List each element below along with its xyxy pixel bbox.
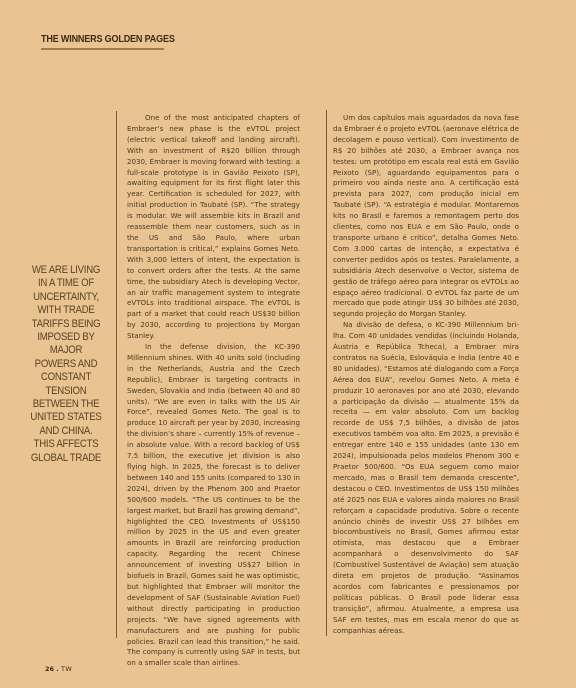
section-header: THE WINNERS GOLDEN PAGES	[41, 33, 196, 50]
page-number: 26	[45, 665, 54, 673]
publication-brand: TW	[61, 665, 72, 673]
article-paragraph: Um dos capítulos mais aguardados da nova…	[333, 113, 519, 320]
article-paragraph: In the defense division, the KC-390 Mill…	[127, 342, 300, 669]
article-column-portuguese: Um dos capítulos mais aguardados da nova…	[333, 113, 519, 637]
article-column-english: One of the most anticipated chapters of …	[127, 113, 300, 669]
pull-quote-text: WE ARE LIVING IN A TIME OF UNCERTAINTY, …	[28, 264, 104, 465]
page-footer: 26 . TW	[45, 665, 72, 673]
column-divider-left	[116, 111, 117, 638]
column-divider-middle	[326, 110, 327, 636]
section-title-underline	[41, 48, 164, 50]
pull-quote: WE ARE LIVING IN A TIME OF UNCERTAINTY, …	[22, 264, 110, 465]
footer-separator: .	[54, 665, 61, 673]
section-title: THE WINNERS GOLDEN PAGES	[41, 33, 175, 45]
article-paragraph: One of the most anticipated chapters of …	[127, 113, 300, 342]
article-paragraph: Na divisão de defesa, o KC-390 Millenniu…	[333, 320, 519, 636]
